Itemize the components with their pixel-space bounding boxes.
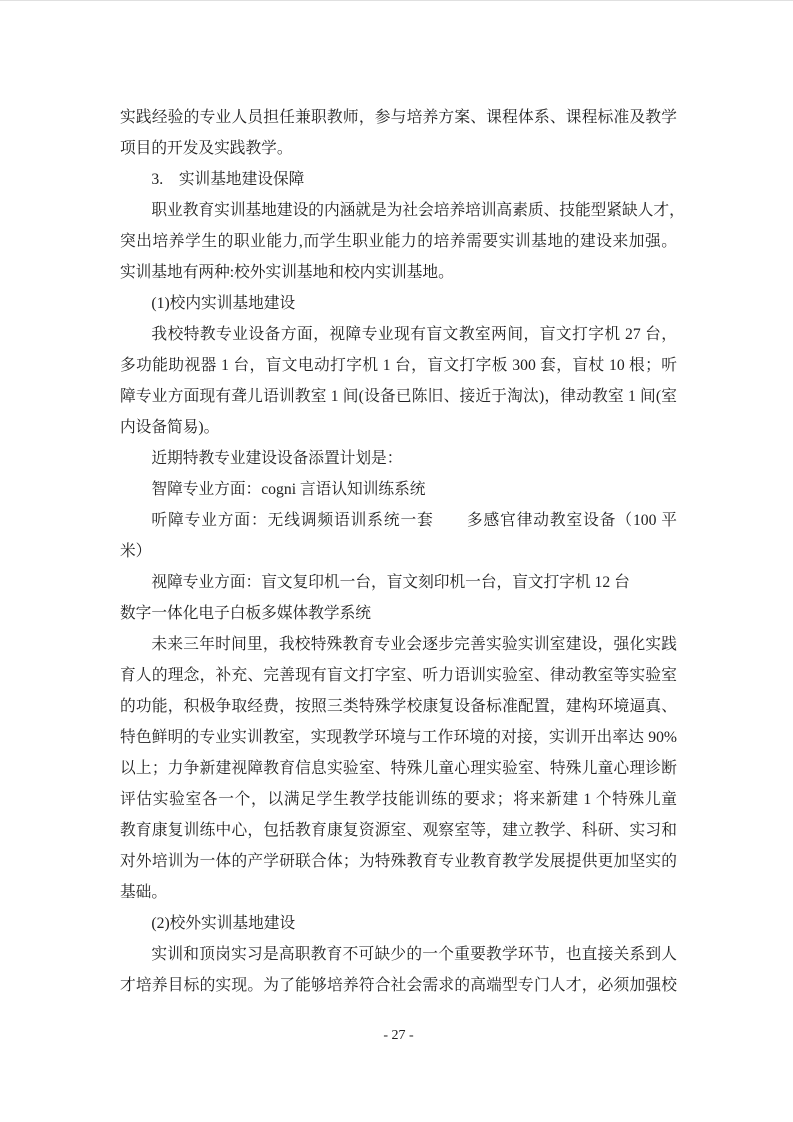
text-line: 特色鲜明的专业实训教室，实现教学环境与工作环境的对接，实训开出率达 90% bbox=[120, 722, 677, 753]
text-line: 以上；力争新建视障教育信息实验室、特殊儿童心理实验室、特殊儿童心理诊断 bbox=[120, 753, 677, 784]
text-line: 听障专业方面：无线调频语训系统一套 多感官律动教室设备（100 平 bbox=[120, 505, 677, 536]
text-line: 才培养目标的实现。为了能够培养符合社会需求的高端型专门人才，必须加强校 bbox=[120, 970, 677, 1001]
text-line: 基础。 bbox=[120, 877, 677, 908]
text-line: 3. 实训基地建设保障 bbox=[120, 164, 677, 195]
text-line: 多功能助视器 1 台，盲文电动打字机 1 台，盲文打字板 300 套，盲杖 10… bbox=[120, 350, 677, 381]
text-line: 的功能，积极争取经费，按照三类特殊学校康复设备标准配置，建构环境逼真、 bbox=[120, 691, 677, 722]
text-line: 教育康复训练中心，包括教育康复资源室、观察室等，建立教学、科研、实习和 bbox=[120, 815, 677, 846]
text-line: 实训和顶岗实习是高职教育不可缺少的一个重要教学环节，也直接关系到人 bbox=[120, 939, 677, 970]
text-line: 对外培训为一体的产学研联合体；为特殊教育专业教育教学发展提供更加坚实的 bbox=[120, 846, 677, 877]
text-line: 内设备简易)。 bbox=[120, 412, 677, 443]
text-line: (2)校外实训基地建设 bbox=[120, 908, 677, 939]
text-line: 数字一体化电子白板多媒体教学系统 bbox=[120, 598, 677, 629]
text-line: 障专业方面现有聋儿语训教室 1 间(设备已陈旧、接近于淘汰)，律动教室 1 间(… bbox=[120, 381, 677, 412]
text-line: 评估实验室各一个，以满足学生教学技能训练的要求；将来新建 1 个特殊儿童 bbox=[120, 784, 677, 815]
text-line: 实践经验的专业人员担任兼职教师，参与培养方案、课程体系、课程标准及教学 bbox=[120, 102, 677, 133]
text-line: 项目的开发及实践教学。 bbox=[120, 133, 677, 164]
text-line: 突出培养学生的职业能力,而学生职业能力的培养需要实训基地的建设来加强。 bbox=[120, 226, 677, 257]
page-number: - 27 - bbox=[120, 1026, 677, 1046]
text-line: 职业教育实训基地建设的内涵就是为社会培养培训高素质、技能型紧缺人才， bbox=[120, 195, 677, 226]
text-line: 育人的理念，补充、完善现有盲文打字室、听力语训实验室、律动教室等实验室 bbox=[120, 660, 677, 691]
text-line: 实训基地有两种:校外实训基地和校内实训基地。 bbox=[120, 257, 677, 288]
text-line: 我校特教专业设备方面，视障专业现有盲文教室两间，盲文打字机 27 台， bbox=[120, 319, 677, 350]
text-line: 未来三年时间里，我校特殊教育专业会逐步完善实验实训室建设，强化实践 bbox=[120, 629, 677, 660]
text-line: 米） bbox=[120, 536, 677, 567]
text-line: 智障专业方面：cogni 言语认知训练系统 bbox=[120, 474, 677, 505]
text-line: 近期特教专业建设设备添置计划是： bbox=[120, 443, 677, 474]
text-line: (1)校内实训基地建设 bbox=[120, 288, 677, 319]
text-line: 视障专业方面：盲文复印机一台，盲文刻印机一台，盲文打字机 12 台 bbox=[120, 567, 677, 598]
document-body: 实践经验的专业人员担任兼职教师，参与培养方案、课程体系、课程标准及教学项目的开发… bbox=[120, 102, 677, 1001]
document-page: 实践经验的专业人员担任兼职教师，参与培养方案、课程体系、课程标准及教学项目的开发… bbox=[0, 1, 793, 1122]
